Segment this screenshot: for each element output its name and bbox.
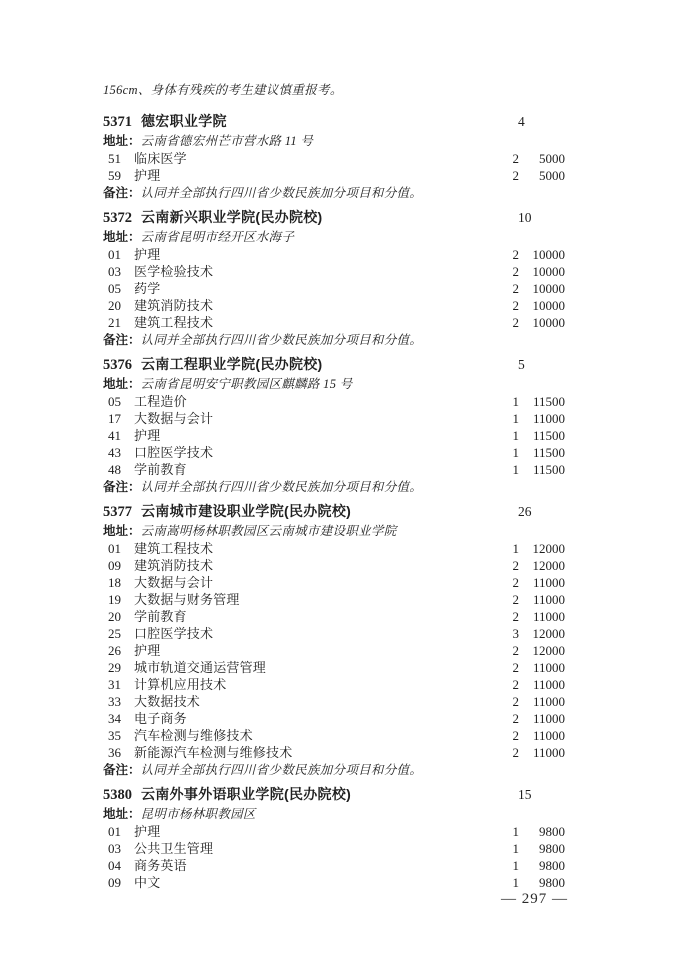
major-row: 20 建筑消防技术 2 10000 [103,297,565,314]
major-row: 20 学前教育 2 11000 [103,608,565,625]
major-quota: 1 [503,427,519,444]
colleges-container: 5371 德宏职业学院 4 地址：云南省德宏州芒市营水路 11 号 51 临床医… [103,112,565,891]
major-row: 25 口腔医学技术 3 12000 [103,625,565,642]
major-name: 公共卫生管理 [127,840,503,857]
address-label: 地址： [103,377,141,391]
major-name: 计算机应用技术 [127,676,503,693]
major-fee: 10000 [519,297,565,314]
major-fee: 11500 [519,427,565,444]
major-fee: 10000 [519,246,565,263]
page-content: 156cm、身体有残疾的考生建议慎重报考。 5371 德宏职业学院 4 地址：云… [103,82,565,897]
major-quota: 1 [503,410,519,427]
major-row: 21 建筑工程技术 2 10000 [103,314,565,331]
major-name: 医学检验技术 [127,263,503,280]
major-code: 20 [103,608,127,625]
major-name: 护理 [127,167,503,184]
major-fee: 9800 [519,857,565,874]
major-fee: 12000 [519,540,565,557]
major-code: 19 [103,591,127,608]
major-name: 商务英语 [127,857,503,874]
college-section: 5377 云南城市建设职业学院(民办院校) 26 地址：云南嵩明杨林职教园区云南… [103,502,565,779]
major-quota: 1 [503,874,519,891]
major-fee: 12000 [519,557,565,574]
major-fee: 12000 [519,642,565,659]
major-name: 城市轨道交通运营管理 [127,659,503,676]
major-name: 药学 [127,280,503,297]
major-row: 35 汽车检测与维修技术 2 11000 [103,727,565,744]
major-code: 25 [103,625,127,642]
major-row: 09 中文 1 9800 [103,874,565,891]
remark-text: 认同并全部执行四川省少数民族加分项目和分值。 [141,480,423,494]
college-section: 5376 云南工程职业学院(民办院校) 5 地址：云南省昆明安宁职教园区麒麟路 … [103,355,565,496]
remark-line: 备注：认同并全部执行四川省少数民族加分项目和分值。 [103,478,565,496]
majors-list: 01 建筑工程技术 1 12000 09 建筑消防技术 2 12000 18 大… [103,540,565,761]
major-row: 04 商务英语 1 9800 [103,857,565,874]
major-row: 05 工程造价 1 11500 [103,393,565,410]
major-quota: 2 [503,744,519,761]
college-header: 5371 德宏职业学院 4 [103,112,565,131]
major-row: 09 建筑消防技术 2 12000 [103,557,565,574]
major-row: 33 大数据技术 2 11000 [103,693,565,710]
address-label: 地址： [103,134,141,148]
address-label: 地址： [103,230,141,244]
major-quota: 1 [503,461,519,478]
major-row: 18 大数据与会计 2 11000 [103,574,565,591]
major-name: 建筑消防技术 [127,557,503,574]
address-text: 昆明市杨林职教园区 [141,807,256,821]
major-code: 03 [103,840,127,857]
major-row: 03 公共卫生管理 1 9800 [103,840,565,857]
college-header: 5380 云南外事外语职业学院(民办院校) 15 [103,785,565,804]
major-name: 大数据技术 [127,693,503,710]
major-quota: 2 [503,150,519,167]
major-row: 31 计算机应用技术 2 11000 [103,676,565,693]
major-fee: 11500 [519,444,565,461]
major-quota: 2 [503,676,519,693]
major-name: 建筑消防技术 [127,297,503,314]
major-quota: 2 [503,574,519,591]
major-fee: 9800 [519,874,565,891]
document-page: 156cm、身体有残疾的考生建议慎重报考。 5371 德宏职业学院 4 地址：云… [0,0,680,961]
major-code: 20 [103,297,127,314]
major-row: 03 医学检验技术 2 10000 [103,263,565,280]
major-quota: 2 [503,263,519,280]
major-name: 工程造价 [127,393,503,410]
major-fee: 11000 [519,608,565,625]
major-quota: 2 [503,693,519,710]
major-row: 59 护理 2 5000 [103,167,565,184]
major-code: 33 [103,693,127,710]
college-header: 5372 云南新兴职业学院(民办院校) 10 [103,208,565,227]
remark-text: 认同并全部执行四川省少数民族加分项目和分值。 [141,333,423,347]
major-name: 大数据与财务管理 [127,591,503,608]
address-line: 地址：云南省德宏州芒市营水路 11 号 [103,132,565,150]
major-code: 21 [103,314,127,331]
remark-label: 备注： [103,763,141,777]
top-note: 156cm、身体有残疾的考生建议慎重报考。 [103,82,565,99]
majors-list: 01 护理 2 10000 03 医学检验技术 2 10000 05 药学 2 … [103,246,565,331]
major-quota: 1 [503,444,519,461]
major-quota: 2 [503,659,519,676]
major-fee: 9800 [519,840,565,857]
remark-line: 备注：认同并全部执行四川省少数民族加分项目和分值。 [103,331,565,349]
major-name: 新能源汽车检测与维修技术 [127,744,503,761]
major-fee: 5000 [519,150,565,167]
major-fee: 10000 [519,263,565,280]
majors-list: 05 工程造价 1 11500 17 大数据与会计 1 11000 41 护理 … [103,393,565,478]
major-row: 34 电子商务 2 11000 [103,710,565,727]
major-code: 29 [103,659,127,676]
major-name: 口腔医学技术 [127,625,503,642]
major-quota: 2 [503,167,519,184]
college-code: 5376 [103,356,132,375]
major-code: 09 [103,874,127,891]
major-code: 01 [103,246,127,263]
major-fee: 9800 [519,823,565,840]
major-quota: 3 [503,625,519,642]
address-line: 地址：云南省昆明市经开区水海子 [103,228,565,246]
college-name: 云南城市建设职业学院(民办院校) [141,502,351,521]
major-row: 01 建筑工程技术 1 12000 [103,540,565,557]
major-name: 学前教育 [127,461,503,478]
major-name: 学前教育 [127,608,503,625]
majors-list: 51 临床医学 2 5000 59 护理 2 5000 [103,150,565,184]
major-name: 临床医学 [127,150,503,167]
major-name: 大数据与会计 [127,574,503,591]
major-fee: 11000 [519,710,565,727]
major-row: 51 临床医学 2 5000 [103,150,565,167]
major-fee: 11000 [519,591,565,608]
majors-list: 01 护理 1 9800 03 公共卫生管理 1 9800 04 商务英语 1 … [103,823,565,891]
college-total-quota: 15 [509,785,565,804]
major-code: 43 [103,444,127,461]
address-text: 云南省德宏州芒市营水路 11 号 [141,134,314,148]
major-name: 大数据与会计 [127,410,503,427]
major-code: 05 [103,393,127,410]
college-name: 云南新兴职业学院(民办院校) [141,208,323,227]
remark-text: 认同并全部执行四川省少数民族加分项目和分值。 [141,763,423,777]
major-fee: 10000 [519,314,565,331]
major-fee: 11000 [519,410,565,427]
address-line: 地址：云南嵩明杨林职教园区云南城市建设职业学院 [103,522,565,540]
major-code: 01 [103,823,127,840]
college-total-quota: 5 [509,355,565,374]
major-quota: 2 [503,314,519,331]
college-total-quota: 4 [509,112,565,131]
address-label: 地址： [103,807,141,821]
major-name: 护理 [127,427,503,444]
college-section: 5371 德宏职业学院 4 地址：云南省德宏州芒市营水路 11 号 51 临床医… [103,112,565,202]
college-section: 5372 云南新兴职业学院(民办院校) 10 地址：云南省昆明市经开区水海子 0… [103,208,565,349]
major-fee: 11500 [519,461,565,478]
major-row: 41 护理 1 11500 [103,427,565,444]
major-quota: 1 [503,540,519,557]
address-label: 地址： [103,524,141,538]
major-fee: 11000 [519,676,565,693]
college-code: 5371 [103,113,132,132]
major-code: 18 [103,574,127,591]
major-row: 17 大数据与会计 1 11000 [103,410,565,427]
major-quota: 2 [503,246,519,263]
major-fee: 11500 [519,393,565,410]
major-name: 汽车检测与维修技术 [127,727,503,744]
college-name: 云南工程职业学院(民办院校) [141,355,323,374]
major-fee: 11000 [519,693,565,710]
college-header: 5376 云南工程职业学院(民办院校) 5 [103,355,565,374]
address-text: 云南嵩明杨林职教园区云南城市建设职业学院 [141,524,397,538]
remark-line: 备注：认同并全部执行四川省少数民族加分项目和分值。 [103,184,565,202]
address-text: 云南省昆明市经开区水海子 [141,230,295,244]
major-row: 26 护理 2 12000 [103,642,565,659]
major-code: 48 [103,461,127,478]
major-quota: 2 [503,642,519,659]
major-fee: 11000 [519,574,565,591]
remark-line: 备注：认同并全部执行四川省少数民族加分项目和分值。 [103,761,565,779]
major-quota: 1 [503,393,519,410]
major-fee: 12000 [519,625,565,642]
major-fee: 5000 [519,167,565,184]
college-total-quota: 10 [509,208,565,227]
major-row: 19 大数据与财务管理 2 11000 [103,591,565,608]
remark-label: 备注： [103,480,141,494]
major-name: 建筑工程技术 [127,314,503,331]
college-code: 5377 [103,503,132,522]
major-name: 电子商务 [127,710,503,727]
major-code: 04 [103,857,127,874]
remark-label: 备注： [103,186,141,200]
major-code: 51 [103,150,127,167]
major-code: 35 [103,727,127,744]
major-row: 43 口腔医学技术 1 11500 [103,444,565,461]
college-name: 德宏职业学院 [141,112,227,131]
major-name: 建筑工程技术 [127,540,503,557]
address-line: 地址：昆明市杨林职教园区 [103,805,565,823]
college-code: 5380 [103,786,132,805]
major-code: 05 [103,280,127,297]
remark-text: 认同并全部执行四川省少数民族加分项目和分值。 [141,186,423,200]
major-code: 36 [103,744,127,761]
major-row: 01 护理 2 10000 [103,246,565,263]
major-code: 17 [103,410,127,427]
major-quota: 1 [503,840,519,857]
major-row: 48 学前教育 1 11500 [103,461,565,478]
major-code: 01 [103,540,127,557]
major-code: 03 [103,263,127,280]
major-code: 41 [103,427,127,444]
major-code: 09 [103,557,127,574]
major-code: 34 [103,710,127,727]
college-code: 5372 [103,209,132,228]
major-row: 29 城市轨道交通运营管理 2 11000 [103,659,565,676]
page-number: — 297 — [501,891,568,908]
major-code: 26 [103,642,127,659]
major-row: 36 新能源汽车检测与维修技术 2 11000 [103,744,565,761]
major-name: 护理 [127,642,503,659]
major-code: 59 [103,167,127,184]
major-fee: 11000 [519,727,565,744]
major-quota: 2 [503,557,519,574]
major-fee: 11000 [519,744,565,761]
college-header: 5377 云南城市建设职业学院(民办院校) 26 [103,502,565,521]
major-fee: 10000 [519,280,565,297]
major-quota: 2 [503,727,519,744]
major-quota: 2 [503,591,519,608]
address-text: 云南省昆明安宁职教园区麒麟路 15 号 [141,377,353,391]
major-quota: 1 [503,823,519,840]
major-row: 01 护理 1 9800 [103,823,565,840]
major-fee: 11000 [519,659,565,676]
major-quota: 1 [503,857,519,874]
major-quota: 2 [503,710,519,727]
major-name: 护理 [127,823,503,840]
major-row: 05 药学 2 10000 [103,280,565,297]
college-name: 云南外事外语职业学院(民办院校) [141,785,351,804]
college-total-quota: 26 [509,502,565,521]
major-quota: 2 [503,280,519,297]
major-name: 护理 [127,246,503,263]
remark-label: 备注： [103,333,141,347]
major-quota: 2 [503,608,519,625]
major-quota: 2 [503,297,519,314]
major-name: 口腔医学技术 [127,444,503,461]
address-line: 地址：云南省昆明安宁职教园区麒麟路 15 号 [103,375,565,393]
major-code: 31 [103,676,127,693]
college-section: 5380 云南外事外语职业学院(民办院校) 15 地址：昆明市杨林职教园区 01… [103,785,565,891]
major-name: 中文 [127,874,503,891]
